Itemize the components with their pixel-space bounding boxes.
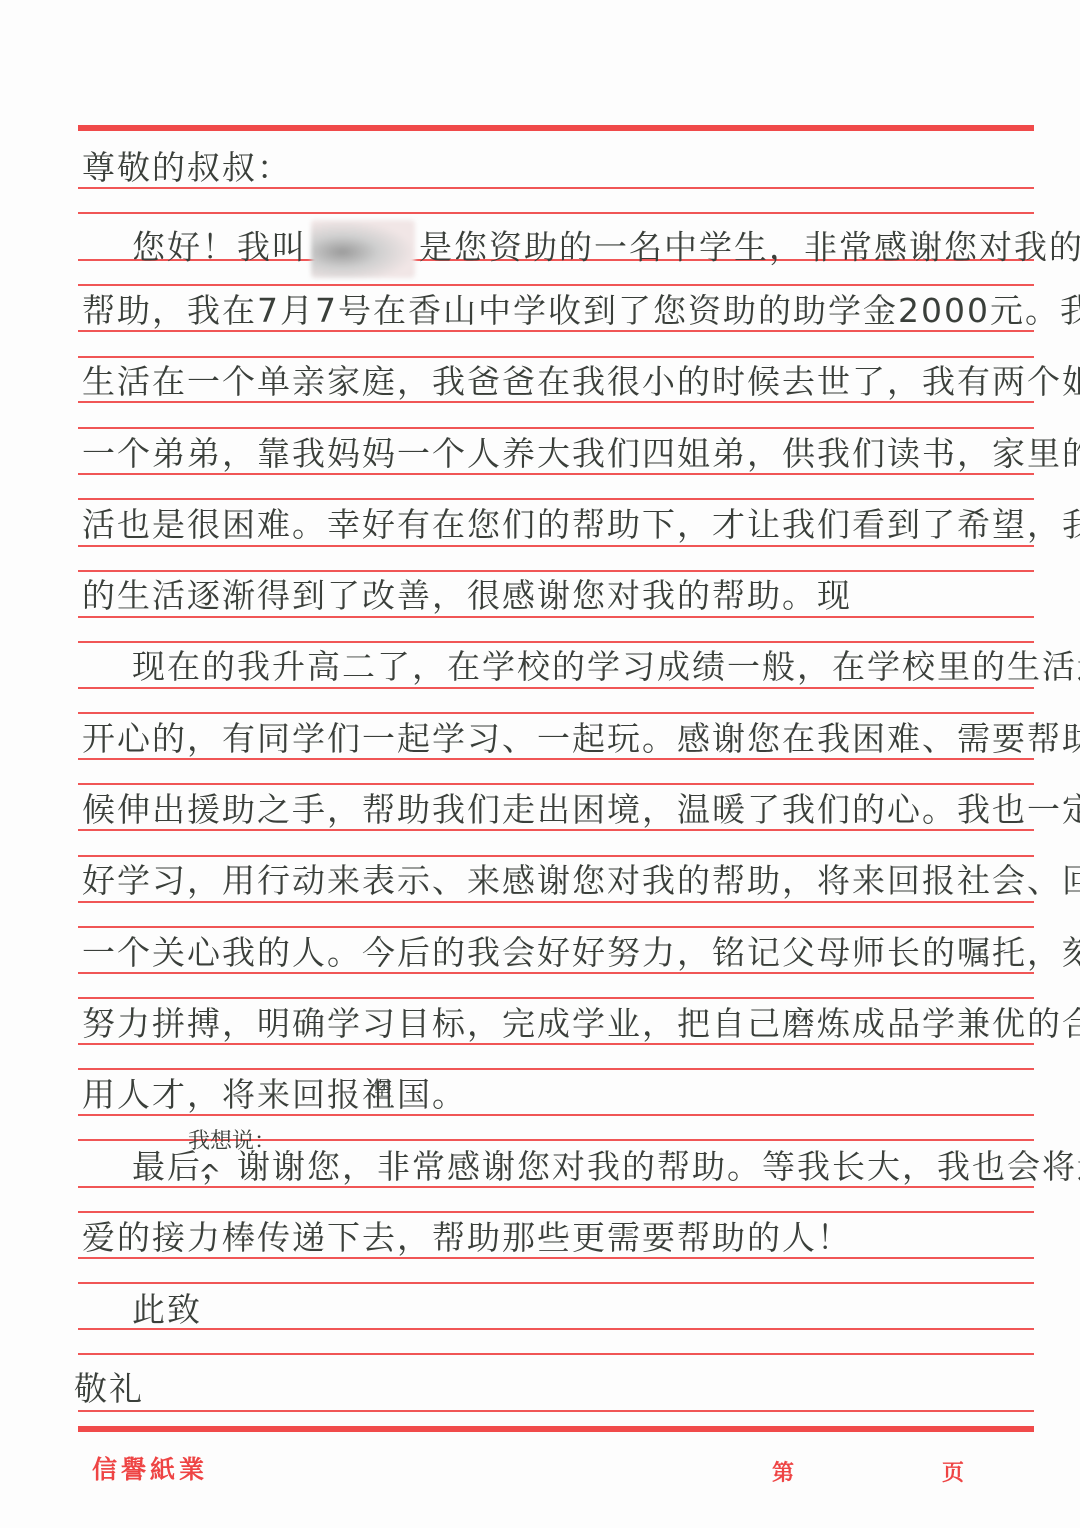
letter-line-10: 好学习，用行动来表示、来感谢您对我的帮助，将来回报社会、回报每 <box>82 861 1027 901</box>
scribble-mark: 堡 <box>372 1072 392 1101</box>
letter-line-15: 爱的接力棒传递下去，帮助那些更需要帮助的人！ <box>82 1218 1027 1258</box>
rule-line <box>78 498 1034 500</box>
letter-line-2: 帮助，我在7月7号在香山中学收到了您资助的助学金2000元。我从小 <box>82 291 1027 331</box>
closing-jingli: 敬礼 <box>74 1369 1019 1409</box>
rule-line <box>78 687 1034 689</box>
rule-line <box>78 641 1034 643</box>
rule-line <box>78 901 1034 903</box>
rule-line <box>78 212 1034 214</box>
rule-line <box>78 356 1034 358</box>
letter-line-11: 一个关心我的人。今后的我会好好努力，铭记父母师长的嘱托，刻苦学习， <box>82 933 1027 973</box>
rule-line <box>78 712 1034 714</box>
letter-line-9: 候伸出援助之手，帮助我们走出困境，温暖了我们的心。我也一定会好 <box>82 790 1027 830</box>
rule-line <box>78 1410 1034 1412</box>
rule-line <box>78 1282 1034 1284</box>
redacted-name <box>311 220 415 278</box>
salutation: 尊敬的叔叔： <box>82 148 1027 188</box>
bottom-thick-rule <box>78 1426 1034 1432</box>
rule-line <box>78 1353 1034 1355</box>
top-thick-rule <box>78 125 1034 131</box>
closing-cizhi: 此致 <box>82 1290 1077 1330</box>
rule-line <box>78 284 1034 286</box>
insertion-caret: ^ <box>198 1158 221 1191</box>
letter-paper: 尊敬的叔叔： 您好！我叫是您资助的一名中学生，非常感谢您对我的 帮助，我在7月7… <box>0 0 1080 1528</box>
letter-line-7: 现在的我升高二了，在学校的学习成绩一般，在学校里的生活还是很 <box>82 647 1077 687</box>
rule-line <box>78 427 1034 429</box>
rule-line <box>78 997 1034 999</box>
letter-line-6: 的生活逐渐得到了改善，很感谢您对我的帮助。现 <box>82 576 1027 616</box>
letter-line-13: 用人才，将来回报祖国。 <box>82 1075 1027 1115</box>
rule-line <box>78 926 1034 928</box>
line-text-pre: 您好！我叫 <box>132 228 307 267</box>
rule-line <box>78 616 1034 618</box>
letter-line-4: 一个弟弟，靠我妈妈一个人养大我们四姐弟，供我们读书，家里的生 <box>82 434 1027 474</box>
rule-line <box>78 545 1034 547</box>
letter-line-3: 生活在一个单亲家庭，我爸爸在我很小的时候去世了，我有两个姐姐和 <box>82 362 1027 402</box>
letter-line-8: 开心的，有同学们一起学习、一起玩。感谢您在我困难、需要帮助的时 <box>82 719 1027 759</box>
paper-brand-label: 信譽紙業 <box>92 1450 208 1486</box>
rule-line <box>78 570 1034 572</box>
page-label-suffix: 页 <box>942 1456 964 1487</box>
page-label-prefix: 第 <box>772 1456 794 1487</box>
letter-line-5: 活也是很困难。幸好有在您们的帮助下，才让我们看到了希望，我们 <box>82 505 1027 545</box>
letter-line-1: 您好！我叫是您资助的一名中学生，非常感谢您对我的 <box>82 220 1077 278</box>
rule-line <box>78 1211 1034 1213</box>
letter-line-12: 努力拼搏，明确学习目标，完成学业，把自己磨炼成品学兼优的合格有 <box>82 1004 1027 1044</box>
rule-line <box>78 855 1034 857</box>
letter-line-14: 最后，谢谢您，非常感谢您对我的帮助。等我长大，我也会将这根 <box>82 1147 1077 1187</box>
line-text-post: 是您资助的一名中学生，非常感谢您对我的 <box>419 228 1080 267</box>
rule-line <box>78 1068 1034 1070</box>
rule-line <box>78 783 1034 785</box>
